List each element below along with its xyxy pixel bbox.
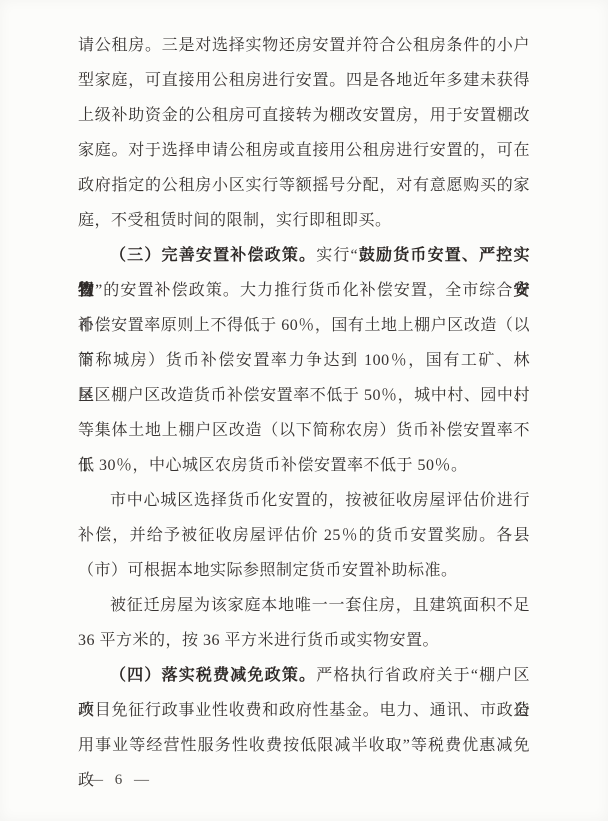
bold-text-segment: 置	[78, 282, 95, 299]
text-line: 市中心城区选择货币化安置的，按被征收房屋评估价进行	[78, 483, 530, 518]
text-line: 庭，不受租赁时间的限制，实行即租即买。	[78, 203, 530, 238]
text-segment: 36 平方米的，按 36 平方米进行货币或实物安置。	[78, 632, 439, 649]
text-line: 置”的安置补偿政策。大力推行货币化补偿安置，全市综合货币	[78, 273, 530, 308]
text-segment: 政府指定的公租房小区实行等额摇号分配，对有意愿购买的家	[78, 177, 530, 194]
text-segment: 于 30％，中心城区农房货币补偿安置率不低于 50％。	[78, 457, 468, 474]
text-line: （四）落实税费减免政策。严格执行省政府关于“棚户区改造	[78, 658, 530, 693]
text-line: 补偿，并给予被征收房屋评估价 25％的货币安置奖励。各县	[78, 518, 530, 553]
text-line: 简称城房）货币补偿安置率力争达到 100％，国有工矿、林区、	[78, 343, 530, 378]
text-segment: 型家庭，可直接用公租房进行安置。四是各地近年多建未获得	[78, 72, 530, 89]
text-segment: 被征迁房屋为该家庭本地唯一一套住房，且建筑面积不足	[110, 597, 530, 614]
text-segment: （市）可根据本地实际参照制定货币安置补助标准。	[78, 562, 458, 579]
text-line: 垦区棚户区改造货币补偿安置率不低于 50％，城中村、园中村	[78, 378, 530, 413]
text-segment: 家庭。对于选择申请公租房或直接用公租房进行安置的，可在	[78, 142, 530, 159]
text-segment: 庭，不受租赁时间的限制，实行即租即买。	[78, 212, 392, 229]
text-segment: 上级补助资金的公租房可直接转为棚改安置房，用于安置棚改	[78, 107, 530, 124]
text-segment: 实行“	[316, 247, 358, 264]
bold-text-segment: （四）落实税费减免政策。	[110, 667, 316, 684]
text-line: 政府指定的公租房小区实行等额摇号分配，对有意愿购买的家	[78, 168, 530, 203]
document-body: 请公租房。三是对选择实物还房安置并符合公租房条件的小户型家庭，可直接用公租房进行…	[78, 28, 530, 763]
text-segment: 请公租房。三是对选择实物还房安置并符合公租房条件的小户	[78, 37, 530, 54]
text-line: 36 平方米的，按 36 平方米进行货币或实物安置。	[78, 623, 530, 658]
bold-text-segment: （三）完善安置补偿政策。	[110, 247, 316, 264]
text-segment: 市中心城区选择货币化安置的，按被征收房屋评估价进行	[110, 492, 530, 509]
text-line: 家庭。对于选择申请公租房或直接用公租房进行安置的，可在	[78, 133, 530, 168]
text-segment: 项目免征行政事业性收费和政府性基金。电力、通讯、市政公	[78, 702, 530, 719]
text-line: 型家庭，可直接用公租房进行安置。四是各地近年多建未获得	[78, 63, 530, 98]
text-line: 于 30％，中心城区农房货币补偿安置率不低于 50％。	[78, 448, 530, 483]
document-page: 请公租房。三是对选择实物还房安置并符合公租房条件的小户型家庭，可直接用公租房进行…	[0, 0, 608, 821]
text-line: 上级补助资金的公租房可直接转为棚改安置房，用于安置棚改	[78, 98, 530, 133]
text-line: （三）完善安置补偿政策。实行“鼓励货币安置、严控实物安	[78, 238, 530, 273]
text-line: 被征迁房屋为该家庭本地唯一一套住房，且建筑面积不足	[78, 588, 530, 623]
text-segment: 垦区棚户区改造货币补偿安置率不低于 50％，城中村、园中村	[78, 387, 530, 404]
text-line: 项目免征行政事业性收费和政府性基金。电力、通讯、市政公	[78, 693, 530, 728]
text-line: 请公租房。三是对选择实物还房安置并符合公租房条件的小户	[78, 28, 530, 63]
text-line: 用事业等经营性服务性收费按低限减半收取”等税费优惠减免政	[78, 728, 530, 763]
text-line: （市）可根据本地实际参照制定货币安置补助标准。	[78, 553, 530, 588]
text-line: 补偿安置率原则上不得低于 60％，国有土地上棚户区改造（以下	[78, 308, 530, 343]
text-segment: 补偿，并给予被征收房屋评估价 25％的货币安置奖励。各县	[78, 527, 530, 544]
page-number: — 6 —	[88, 772, 153, 789]
text-line: 等集体土地上棚户区改造（以下简称农房）货币补偿安置率不低	[78, 413, 530, 448]
